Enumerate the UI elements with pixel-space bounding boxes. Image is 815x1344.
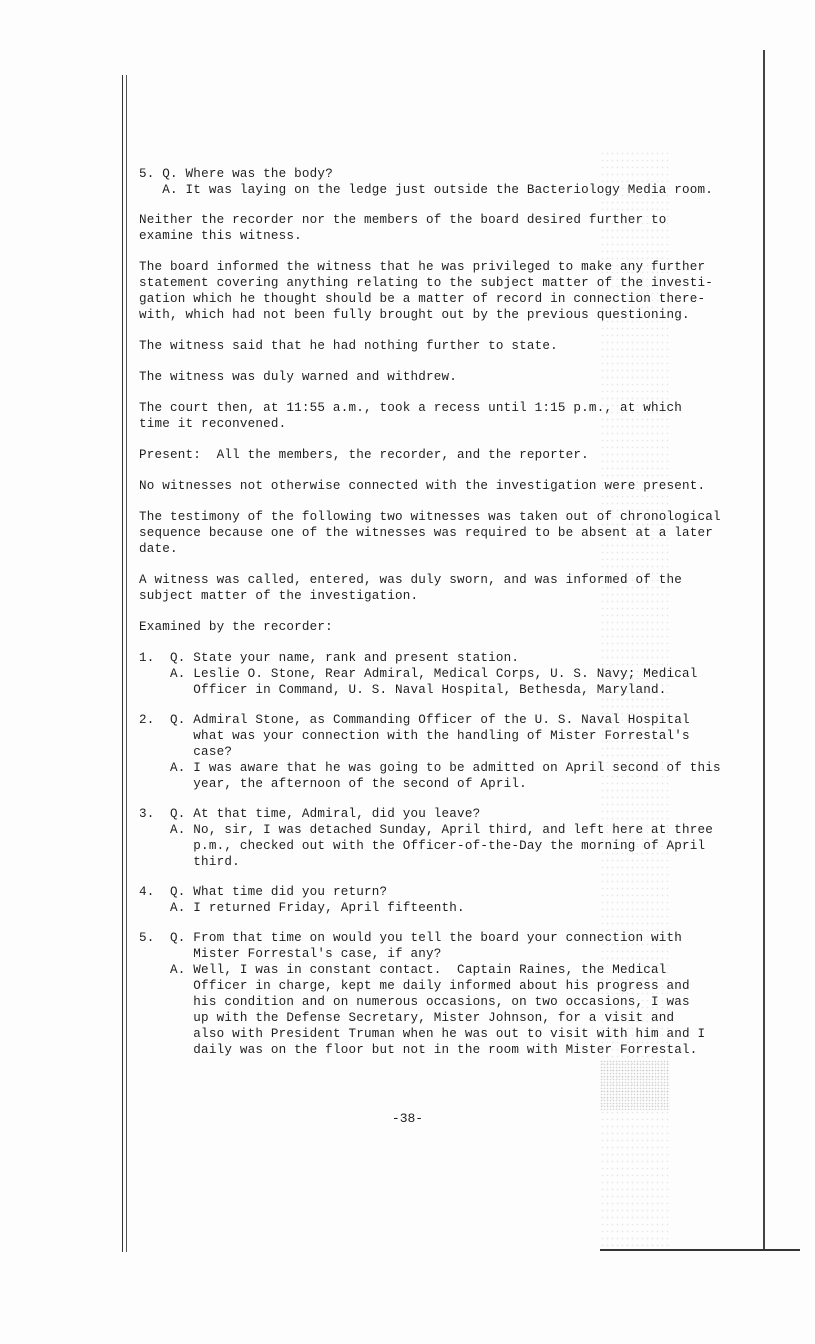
item-number: 4. <box>139 885 155 899</box>
opening-question: 5. Q. Where was the body? <box>139 166 759 182</box>
answer-line: Officer in charge, kept me daily informe… <box>139 978 759 994</box>
paragraph: A witness was called, entered, was duly … <box>139 572 759 604</box>
paragraph: The board informed the witness that he w… <box>139 259 759 323</box>
examination-list: 1. Q. State your name, rank and present … <box>139 650 759 1058</box>
paragraph-line: The witness was duly warned and withdrew… <box>139 369 759 385</box>
paragraph-line: Examined by the recorder: <box>139 619 759 635</box>
paragraph-line: The witness said that he had nothing fur… <box>139 338 759 354</box>
answer-line: A. I returned Friday, April fifteenth. <box>139 900 759 916</box>
examination-item: 2. Q. Admiral Stone, as Commanding Offic… <box>139 712 759 792</box>
item-number: 2. <box>139 713 155 727</box>
paragraph-line: Present: All the members, the recorder, … <box>139 447 759 463</box>
opening-answer: A. It was laying on the ledge just outsi… <box>139 182 759 198</box>
paragraph: Neither the recorder nor the members of … <box>139 212 759 244</box>
question-line: 5. Q. From that time on would you tell t… <box>139 930 759 946</box>
item-number: 3. <box>139 807 155 821</box>
answer-line: also with President Truman when he was o… <box>139 1026 759 1042</box>
paragraph-line: A witness was called, entered, was duly … <box>139 572 759 588</box>
paragraph-line: time it reconvened. <box>139 416 759 432</box>
answer-line: daily was on the floor but not in the ro… <box>139 1042 759 1058</box>
paragraph-line: date. <box>139 541 759 557</box>
page-right-border <box>763 50 765 1250</box>
paragraph: The witness said that he had nothing fur… <box>139 338 759 354</box>
item-number: 5. <box>139 931 155 945</box>
question-line: 3. Q. At that time, Admiral, did you lea… <box>139 806 759 822</box>
opening-qa: 5. Q. Where was the body? A. It was layi… <box>139 166 759 198</box>
answer-line: up with the Defense Secretary, Mister Jo… <box>139 1010 759 1026</box>
answer-line: third. <box>139 854 759 870</box>
answer-line: A. No, sir, I was detached Sunday, April… <box>139 822 759 838</box>
paragraph-line: Neither the recorder nor the members of … <box>139 212 759 228</box>
answer-line: year, the afternoon of the second of Apr… <box>139 776 759 792</box>
answer-line: A. I was aware that he was going to be a… <box>139 760 759 776</box>
paragraph: The court then, at 11:55 a.m., took a re… <box>139 400 759 432</box>
document-page: 5. Q. Where was the body? A. It was layi… <box>0 0 815 1344</box>
paragraph-line: with, which had not been fully brought o… <box>139 307 759 323</box>
paragraph-line: examine this witness. <box>139 228 759 244</box>
page-left-border <box>122 75 127 1252</box>
examination-item: 1. Q. State your name, rank and present … <box>139 650 759 698</box>
answer-line: A. Well, I was in constant contact. Capt… <box>139 962 759 978</box>
question-line: 4. Q. What time did you return? <box>139 884 759 900</box>
paragraph-line: subject matter of the investigation. <box>139 588 759 604</box>
narrative-paragraphs: Neither the recorder nor the members of … <box>139 212 759 635</box>
paragraph-line: The court then, at 11:55 a.m., took a re… <box>139 400 759 416</box>
paragraph: The witness was duly warned and withdrew… <box>139 369 759 385</box>
answer-line: Officer in Command, U. S. Naval Hospital… <box>139 682 759 698</box>
examination-item: 5. Q. From that time on would you tell t… <box>139 930 759 1058</box>
answer-line: his condition and on numerous occasions,… <box>139 994 759 1010</box>
page-number: -38- <box>0 1111 815 1126</box>
item-number: 1. <box>139 651 155 665</box>
question-line: 2. Q. Admiral Stone, as Commanding Offic… <box>139 712 759 728</box>
paragraph-line: sequence because one of the witnesses wa… <box>139 525 759 541</box>
paragraph: Present: All the members, the recorder, … <box>139 447 759 463</box>
question-line: case? <box>139 744 759 760</box>
paragraph: The testimony of the following two witne… <box>139 509 759 557</box>
question-line: what was your connection with the handli… <box>139 728 759 744</box>
answer-line: p.m., checked out with the Officer-of-th… <box>139 838 759 854</box>
examination-item: 4. Q. What time did you return? A. I ret… <box>139 884 759 916</box>
answer-line: A. Leslie O. Stone, Rear Admiral, Medica… <box>139 666 759 682</box>
transcript-body: 5. Q. Where was the body? A. It was layi… <box>139 166 759 1072</box>
paragraph-line: The testimony of the following two witne… <box>139 509 759 525</box>
paragraph: Examined by the recorder: <box>139 619 759 635</box>
paragraph-line: statement covering anything relating to … <box>139 275 759 291</box>
paragraph-line: No witnesses not otherwise connected wit… <box>139 478 759 494</box>
question-line: Mister Forrestal's case, if any? <box>139 946 759 962</box>
question-line: 1. Q. State your name, rank and present … <box>139 650 759 666</box>
paragraph-line: gation which he thought should be a matt… <box>139 291 759 307</box>
paragraph: No witnesses not otherwise connected wit… <box>139 478 759 494</box>
examination-item: 3. Q. At that time, Admiral, did you lea… <box>139 806 759 870</box>
paragraph-line: The board informed the witness that he w… <box>139 259 759 275</box>
